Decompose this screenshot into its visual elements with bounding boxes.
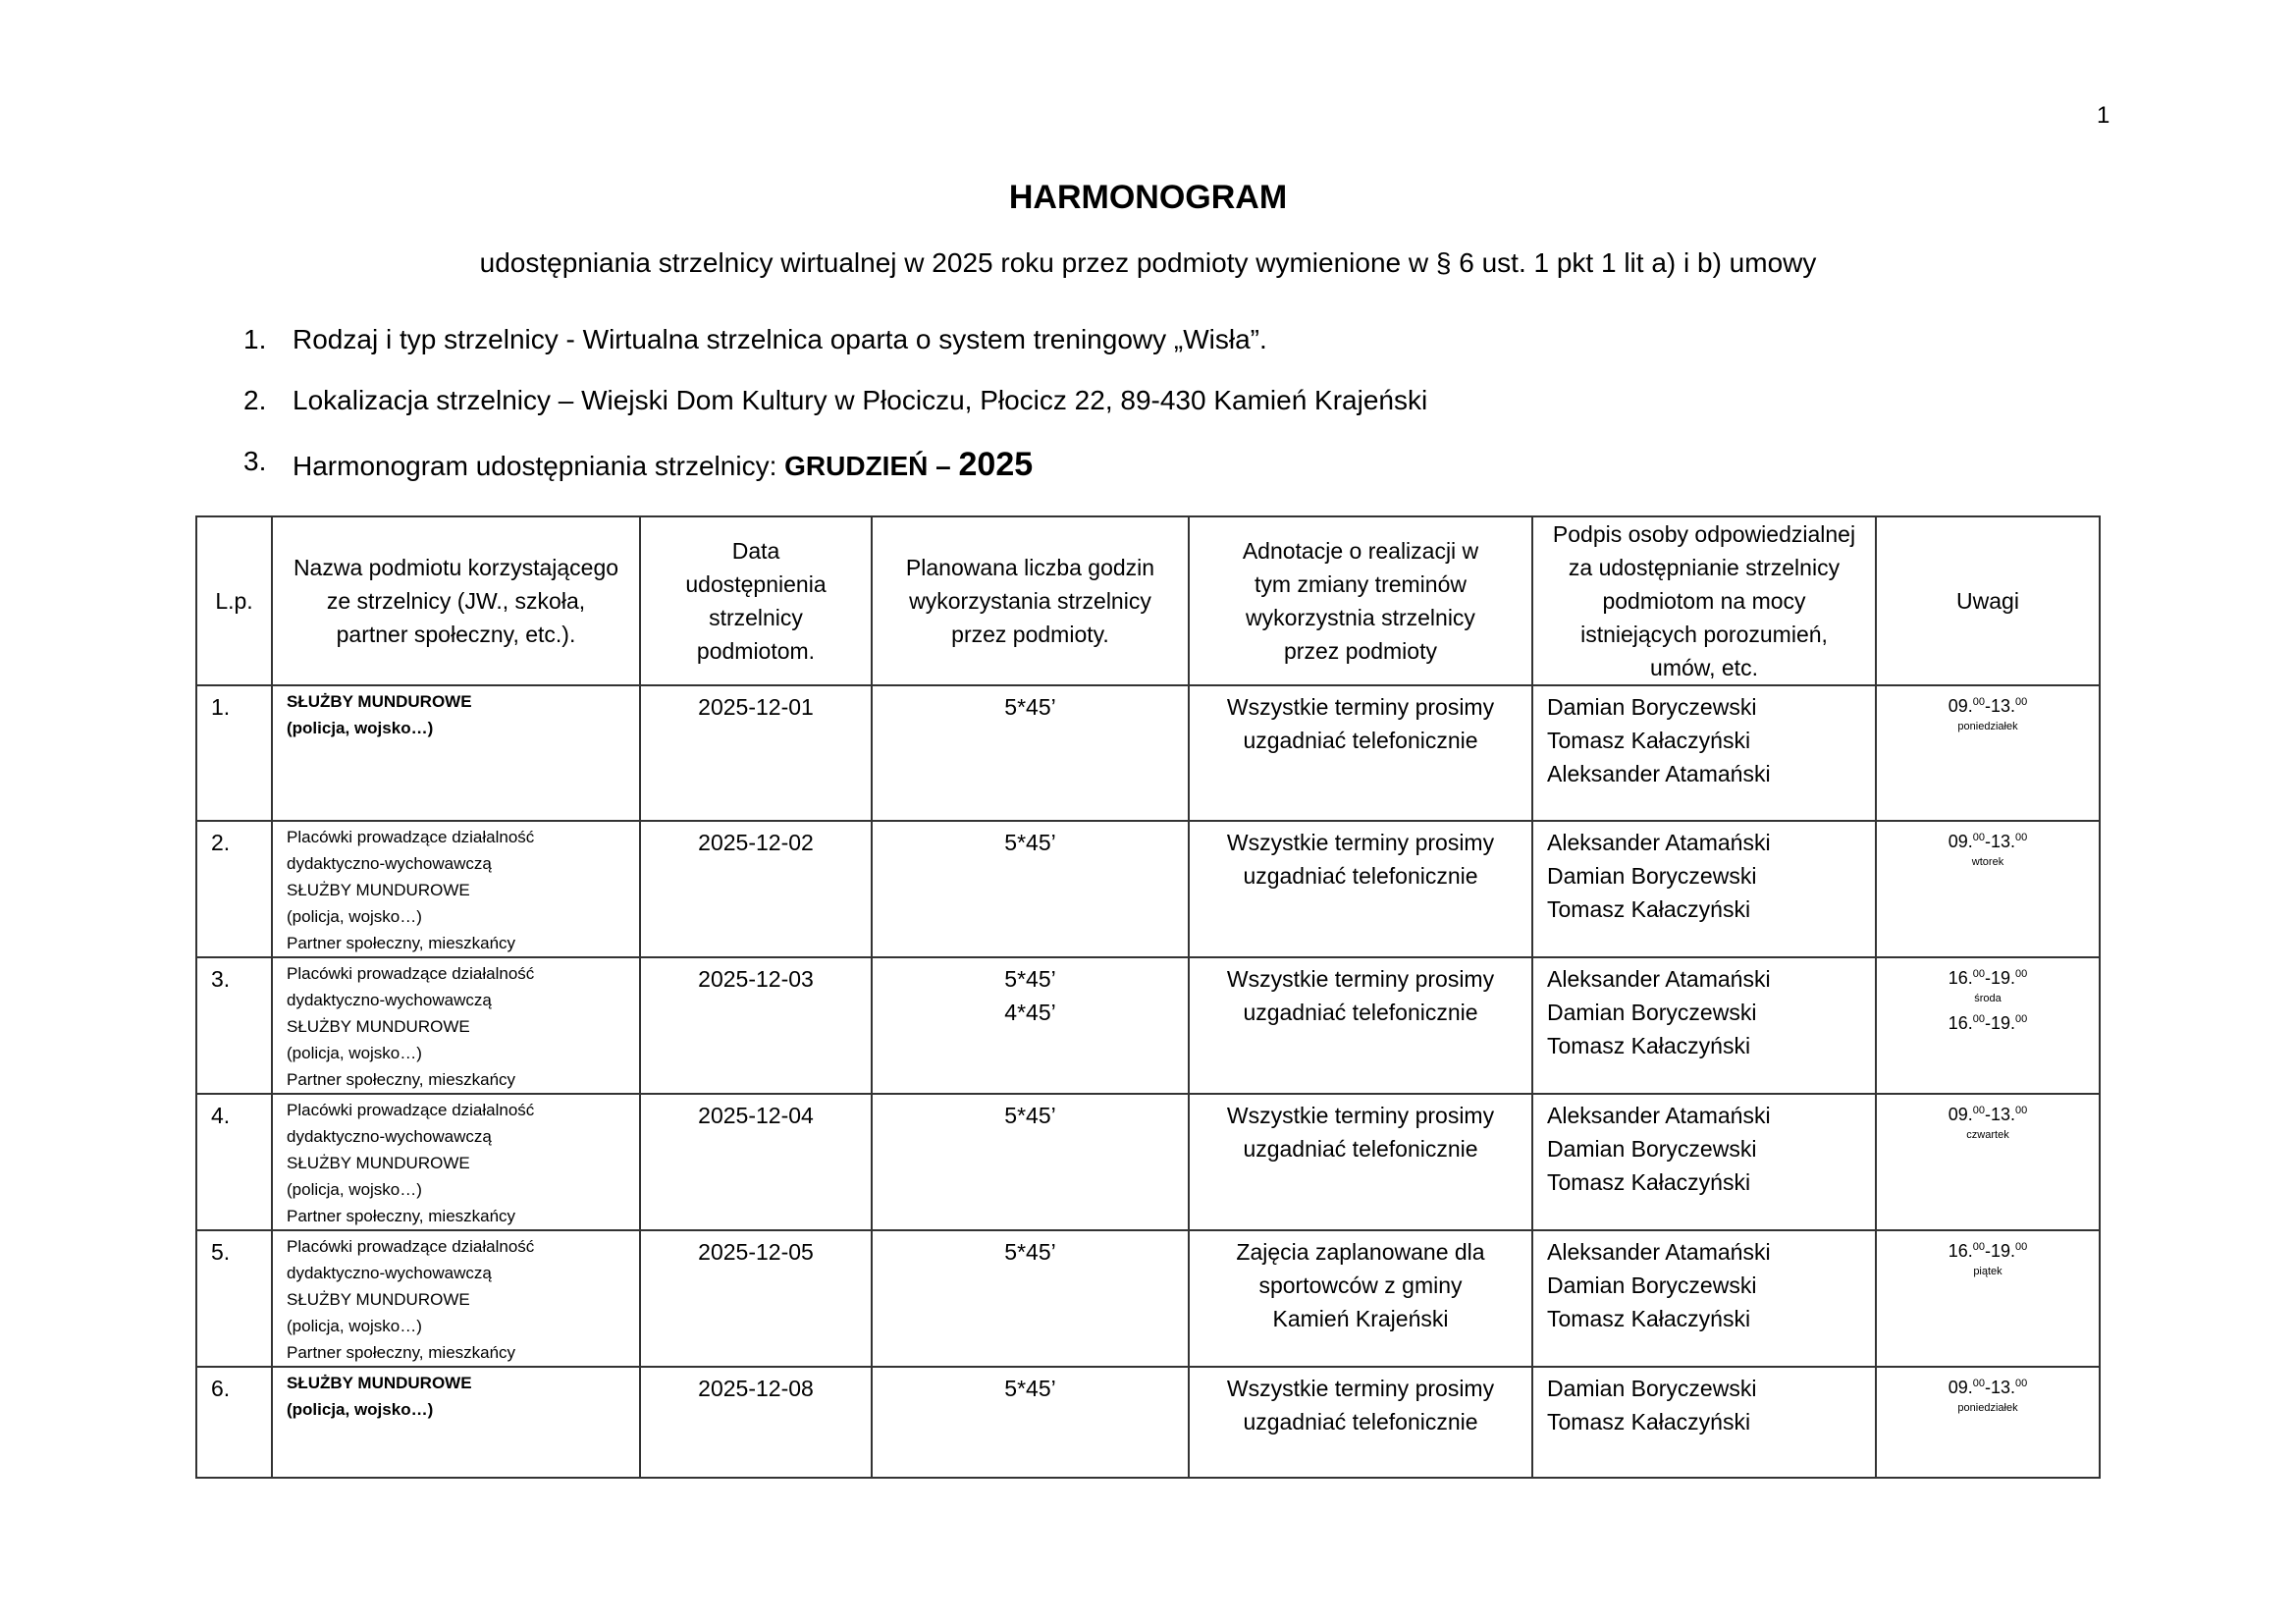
time-range: 09.00-13.00 bbox=[1877, 690, 2099, 718]
entity-line: SŁUŻBY MUNDUROWE bbox=[287, 1150, 639, 1176]
entity-line: dydaktyczno-wychowawczą bbox=[287, 1260, 639, 1286]
header-annotations: Adnotacje o realizacji w tym zmiany trem… bbox=[1189, 516, 1532, 685]
cell-lp: 5. bbox=[196, 1230, 272, 1367]
time-range: 16.00-19.00 bbox=[1877, 1235, 2099, 1263]
schedule-year: 2025 bbox=[959, 446, 1034, 483]
hours-value: 5*45’ bbox=[873, 962, 1188, 996]
table-row: 4.Placówki prowadzące działalnośćdydakty… bbox=[196, 1094, 2100, 1230]
table-row: 5.Placówki prowadzące działalnośćdydakty… bbox=[196, 1230, 2100, 1367]
header-lp: L.p. bbox=[196, 516, 272, 685]
cell-annotation: Wszystkie terminy prosimyuzgadniać telef… bbox=[1189, 685, 1532, 821]
table-header-row: L.p. Nazwa podmiotu korzystającego ze st… bbox=[196, 516, 2100, 685]
header-planned-hours: Planowana liczba godzin wykorzystania st… bbox=[872, 516, 1189, 685]
entity-line: Partner społeczny, mieszkańcy bbox=[287, 1203, 639, 1229]
person-name: Tomasz Kałaczyński bbox=[1547, 1029, 1875, 1062]
time-range: 16.00-19.00 bbox=[1877, 1007, 2099, 1035]
cell-annotation: Wszystkie terminy prosimyuzgadniać telef… bbox=[1189, 1367, 1532, 1478]
person-name: Aleksander Atamański bbox=[1547, 826, 1875, 859]
weekday-label: środa bbox=[1877, 990, 2099, 1007]
entity-line: Placówki prowadzące działalność bbox=[287, 960, 639, 987]
cell-notes: 16.00-19.00piątek bbox=[1876, 1230, 2100, 1367]
entity-line: Placówki prowadzące działalność bbox=[287, 824, 639, 850]
cell-lp: 2. bbox=[196, 821, 272, 957]
cell-date: 2025-12-02 bbox=[640, 821, 872, 957]
info-list: 1. Rodzaj i typ strzelnicy - Wirtualna s… bbox=[243, 324, 1427, 507]
person-name: Damian Boryczewski bbox=[1547, 996, 1875, 1029]
person-name: Tomasz Kałaczyński bbox=[1547, 724, 1875, 757]
cell-entity-name: SŁUŻBY MUNDUROWE(policja, wojsko…) bbox=[272, 685, 640, 821]
page-number: 1 bbox=[2097, 102, 2109, 130]
header-notes: Uwagi bbox=[1876, 516, 2100, 685]
weekday-label: piątek bbox=[1877, 1263, 2099, 1280]
table-row: 3.Placówki prowadzące działalnośćdydakty… bbox=[196, 957, 2100, 1094]
weekday-label: poniedziałek bbox=[1877, 1399, 2099, 1417]
annotation-line: Kamień Krajeński bbox=[1190, 1302, 1531, 1335]
entity-line: (policja, wojsko…) bbox=[287, 1040, 639, 1066]
cell-notes: 09.00-13.00czwartek bbox=[1876, 1094, 2100, 1230]
hours-value: 5*45’ bbox=[873, 690, 1188, 724]
cell-annotation: Wszystkie terminy prosimyuzgadniać telef… bbox=[1189, 957, 1532, 1094]
cell-entity-name: Placówki prowadzące działalnośćdydaktycz… bbox=[272, 1094, 640, 1230]
hours-value: 5*45’ bbox=[873, 826, 1188, 859]
person-name: Tomasz Kałaczyński bbox=[1547, 1405, 1875, 1438]
person-name: Damian Boryczewski bbox=[1547, 1269, 1875, 1302]
hours-value: 5*45’ bbox=[873, 1235, 1188, 1269]
time-range: 09.00-13.00 bbox=[1877, 1099, 2099, 1126]
cell-planned-hours: 5*45’ bbox=[872, 821, 1189, 957]
cell-planned-hours: 5*45’ bbox=[872, 685, 1189, 821]
person-name: Damian Boryczewski bbox=[1547, 1372, 1875, 1405]
person-name: Damian Boryczewski bbox=[1547, 859, 1875, 893]
person-name: Aleksander Atamański bbox=[1547, 757, 1875, 790]
cell-lp: 4. bbox=[196, 1094, 272, 1230]
cell-signature: Aleksander AtamańskiDamian BoryczewskiTo… bbox=[1532, 821, 1876, 957]
annotation-line: Zajęcia zaplanowane dla bbox=[1190, 1235, 1531, 1269]
item-number: 2. bbox=[243, 385, 293, 446]
cell-notes: 09.00-13.00wtorek bbox=[1876, 821, 2100, 957]
item-number: 3. bbox=[243, 446, 293, 507]
weekday-label: poniedziałek bbox=[1877, 718, 2099, 735]
cell-entity-name: Placówki prowadzące działalnośćdydaktycz… bbox=[272, 1230, 640, 1367]
weekday-label: czwartek bbox=[1877, 1126, 2099, 1144]
entity-line: (policja, wojsko…) bbox=[287, 1176, 639, 1203]
schedule-month: GRUDZIEŃ – bbox=[784, 451, 958, 481]
entity-line: Partner społeczny, mieszkańcy bbox=[287, 1339, 639, 1366]
cell-annotation: Wszystkie terminy prosimyuzgadniać telef… bbox=[1189, 821, 1532, 957]
cell-planned-hours: 5*45’ bbox=[872, 1230, 1189, 1367]
cell-date: 2025-12-08 bbox=[640, 1367, 872, 1478]
cell-annotation: Zajęcia zaplanowane dlasportowców z gmin… bbox=[1189, 1230, 1532, 1367]
cell-planned-hours: 5*45’ bbox=[872, 1094, 1189, 1230]
entity-line: SŁUŻBY MUNDUROWE bbox=[287, 688, 639, 715]
entity-line: (policja, wojsko…) bbox=[287, 715, 639, 741]
entity-line: (policja, wojsko…) bbox=[287, 1313, 639, 1339]
cell-date: 2025-12-04 bbox=[640, 1094, 872, 1230]
item-text: Harmonogram udostępniania strzelnicy: bbox=[293, 451, 784, 481]
person-name: Tomasz Kałaczyński bbox=[1547, 1165, 1875, 1199]
annotation-line: uzgadniać telefonicznie bbox=[1190, 1132, 1531, 1165]
annotation-line: uzgadniać telefonicznie bbox=[1190, 1405, 1531, 1438]
time-range: 16.00-19.00 bbox=[1877, 962, 2099, 990]
info-item-type: 1. Rodzaj i typ strzelnicy - Wirtualna s… bbox=[243, 324, 1427, 385]
cell-annotation: Wszystkie terminy prosimyuzgadniać telef… bbox=[1189, 1094, 1532, 1230]
cell-date: 2025-12-03 bbox=[640, 957, 872, 1094]
cell-signature: Aleksander AtamańskiDamian BoryczewskiTo… bbox=[1532, 1094, 1876, 1230]
cell-date: 2025-12-05 bbox=[640, 1230, 872, 1367]
weekday-label: wtorek bbox=[1877, 853, 2099, 871]
cell-entity-name: Placówki prowadzące działalnośćdydaktycz… bbox=[272, 957, 640, 1094]
annotation-line: sportowców z gminy bbox=[1190, 1269, 1531, 1302]
entity-line: dydaktyczno-wychowawczą bbox=[287, 850, 639, 877]
cell-notes: 09.00-13.00poniedziałek bbox=[1876, 1367, 2100, 1478]
item-text: Lokalizacja strzelnicy – Wiejski Dom Kul… bbox=[293, 385, 1427, 446]
item-text: Rodzaj i typ strzelnicy - Wirtualna strz… bbox=[293, 324, 1267, 385]
person-name: Tomasz Kałaczyński bbox=[1547, 893, 1875, 926]
document-title: HARMONOGRAM bbox=[0, 179, 2296, 217]
cell-signature: Damian BoryczewskiTomasz Kałaczyński bbox=[1532, 1367, 1876, 1478]
person-name: Aleksander Atamański bbox=[1547, 1235, 1875, 1269]
header-entity-name: Nazwa podmiotu korzystającego ze strzeln… bbox=[272, 516, 640, 685]
header-signature: Podpis osoby odpowiedzialnej za udostępn… bbox=[1532, 516, 1876, 685]
cell-date: 2025-12-01 bbox=[640, 685, 872, 821]
cell-planned-hours: 5*45’ bbox=[872, 1367, 1189, 1478]
table-body: 1.SŁUŻBY MUNDUROWE(policja, wojsko…)2025… bbox=[196, 685, 2100, 1478]
entity-line: Partner społeczny, mieszkańcy bbox=[287, 930, 639, 956]
cell-signature: Aleksander AtamańskiDamian BoryczewskiTo… bbox=[1532, 957, 1876, 1094]
annotation-line: uzgadniać telefonicznie bbox=[1190, 996, 1531, 1029]
schedule-table: L.p. Nazwa podmiotu korzystającego ze st… bbox=[195, 515, 2101, 1479]
cell-signature: Damian BoryczewskiTomasz KałaczyńskiAlek… bbox=[1532, 685, 1876, 821]
info-item-schedule: 3. Harmonogram udostępniania strzelnicy:… bbox=[243, 446, 1427, 507]
entity-line: (policja, wojsko…) bbox=[287, 1396, 639, 1423]
time-range: 09.00-13.00 bbox=[1877, 1372, 2099, 1399]
person-name: Damian Boryczewski bbox=[1547, 1132, 1875, 1165]
table-row: 1.SŁUŻBY MUNDUROWE(policja, wojsko…)2025… bbox=[196, 685, 2100, 821]
annotation-line: uzgadniać telefonicznie bbox=[1190, 724, 1531, 757]
cell-notes: 16.00-19.00środa16.00-19.00 bbox=[1876, 957, 2100, 1094]
cell-entity-name: Placówki prowadzące działalnośćdydaktycz… bbox=[272, 821, 640, 957]
entity-line: Placówki prowadzące działalność bbox=[287, 1097, 639, 1123]
entity-line: Placówki prowadzące działalność bbox=[287, 1233, 639, 1260]
item-number: 1. bbox=[243, 324, 293, 385]
entity-line: dydaktyczno-wychowawczą bbox=[287, 987, 639, 1013]
info-item-location: 2. Lokalizacja strzelnicy – Wiejski Dom … bbox=[243, 385, 1427, 446]
cell-planned-hours: 5*45’4*45’ bbox=[872, 957, 1189, 1094]
cell-notes: 09.00-13.00poniedziałek bbox=[1876, 685, 2100, 821]
annotation-line: Wszystkie terminy prosimy bbox=[1190, 1099, 1531, 1132]
person-name: Tomasz Kałaczyński bbox=[1547, 1302, 1875, 1335]
annotation-line: Wszystkie terminy prosimy bbox=[1190, 690, 1531, 724]
annotation-line: uzgadniać telefonicznie bbox=[1190, 859, 1531, 893]
entity-line: SŁUŻBY MUNDUROWE bbox=[287, 877, 639, 903]
person-name: Aleksander Atamański bbox=[1547, 1099, 1875, 1132]
cell-lp: 6. bbox=[196, 1367, 272, 1478]
annotation-line: Wszystkie terminy prosimy bbox=[1190, 962, 1531, 996]
cell-lp: 1. bbox=[196, 685, 272, 821]
person-name: Damian Boryczewski bbox=[1547, 690, 1875, 724]
header-date: Data udostępnienia strzelnicy podmiotom. bbox=[640, 516, 872, 685]
hours-value: 5*45’ bbox=[873, 1099, 1188, 1132]
time-range: 09.00-13.00 bbox=[1877, 826, 2099, 853]
entity-line: SŁUŻBY MUNDUROWE bbox=[287, 1370, 639, 1396]
table-row: 2.Placówki prowadzące działalnośćdydakty… bbox=[196, 821, 2100, 957]
document-subtitle: udostępniania strzelnicy wirtualnej w 20… bbox=[0, 247, 2296, 279]
entity-line: SŁUŻBY MUNDUROWE bbox=[287, 1286, 639, 1313]
cell-signature: Aleksander AtamańskiDamian BoryczewskiTo… bbox=[1532, 1230, 1876, 1367]
annotation-line: Wszystkie terminy prosimy bbox=[1190, 1372, 1531, 1405]
cell-lp: 3. bbox=[196, 957, 272, 1094]
person-name: Aleksander Atamański bbox=[1547, 962, 1875, 996]
annotation-line: Wszystkie terminy prosimy bbox=[1190, 826, 1531, 859]
cell-entity-name: SŁUŻBY MUNDUROWE(policja, wojsko…) bbox=[272, 1367, 640, 1478]
entity-line: dydaktyczno-wychowawczą bbox=[287, 1123, 639, 1150]
hours-value: 5*45’ bbox=[873, 1372, 1188, 1405]
hours-value: 4*45’ bbox=[873, 996, 1188, 1029]
entity-line: SŁUŻBY MUNDUROWE bbox=[287, 1013, 639, 1040]
table-row: 6.SŁUŻBY MUNDUROWE(policja, wojsko…)2025… bbox=[196, 1367, 2100, 1478]
entity-line: Partner społeczny, mieszkańcy bbox=[287, 1066, 639, 1093]
entity-line: (policja, wojsko…) bbox=[287, 903, 639, 930]
